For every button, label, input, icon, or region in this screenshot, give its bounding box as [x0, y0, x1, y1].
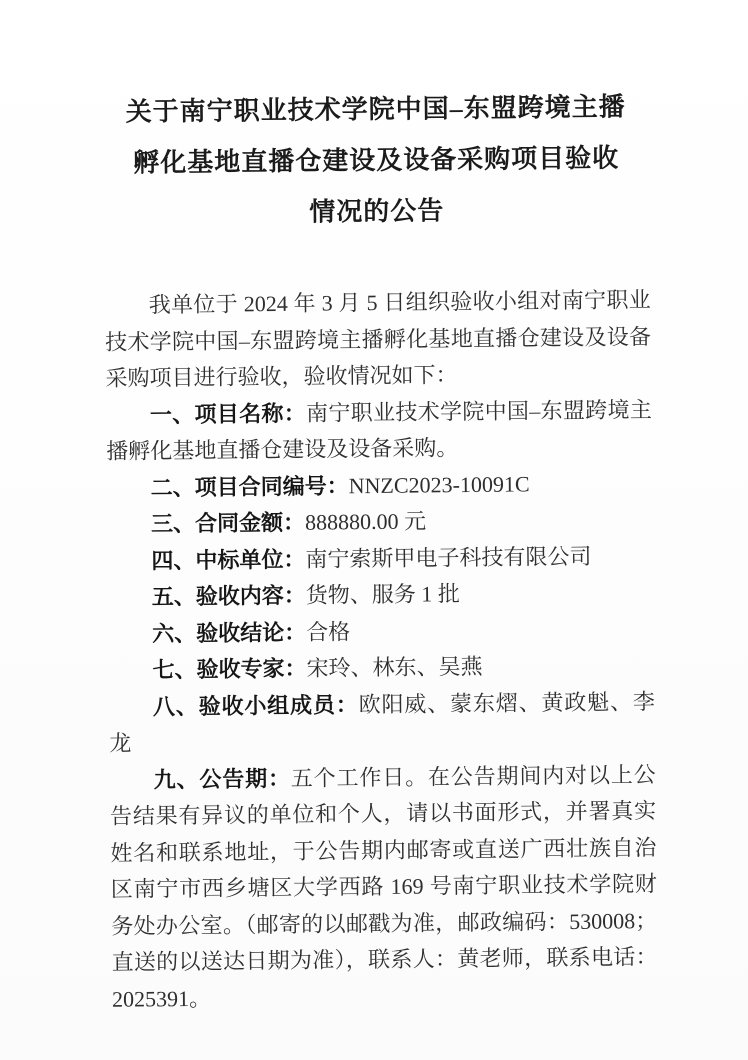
contract-number-value: NNZC2023-10091C	[349, 471, 530, 498]
item-contract-amount: 三、合同金额：888880.00 元	[107, 501, 653, 543]
title-line-3: 情况的公告	[309, 196, 444, 226]
winning-bidder-value: 南宁索斯甲电子科技有限公司	[305, 543, 591, 571]
contract-amount-value: 888880.00 元	[305, 508, 426, 534]
acceptance-content-value: 货物、服务 1 批	[306, 581, 460, 608]
item-winning-bidder: 四、中标单位：南宁索斯甲电子科技有限公司	[107, 538, 653, 580]
project-name-label: 一、项目名称：	[150, 400, 306, 427]
document-title: 关于南宁职业技术学院中国–东盟跨境主播 孵化基地直播仓建设及设备采购项目验收 情…	[102, 81, 650, 240]
item-acceptance-team: 八、验收小组成员：欧阳威、蒙东熠、黄政魁、李龙	[109, 684, 656, 763]
contract-amount-label: 三、合同金额：	[151, 510, 305, 537]
announcement-period-label: 九、公告期：	[154, 765, 291, 791]
intro-paragraph: 我单位于 2024 年 3 月 5 日组织验收小组对南宁职业技术学院中国–东盟跨…	[105, 282, 652, 397]
winning-bidder-label: 四、中标单位：	[151, 546, 305, 573]
announcement-page: 关于南宁职业技术学院中国–东盟跨境主播 孵化基地直播仓建设及设备采购项目验收 情…	[0, 0, 748, 1060]
contract-number-label: 二、项目合同编号：	[151, 473, 349, 500]
acceptance-content-label: 五、验收内容：	[152, 583, 306, 610]
title-line-2: 孵化基地直播仓建设及设备采购项目验收	[133, 143, 619, 177]
item-acceptance-experts: 七、验收专家：宋玲、林东、吴燕	[108, 647, 654, 689]
item-project-name: 一、项目名称：南宁职业技术学院中国–东盟跨境主播孵化基地直播仓建设及设备采购。	[106, 392, 653, 471]
acceptance-experts-value: 宋玲、林东、吴燕	[306, 654, 482, 681]
item-contract-number: 二、项目合同编号：NNZC2023-10091C	[106, 465, 652, 507]
title-line-1: 关于南宁职业技术学院中国–东盟跨境主播	[126, 92, 626, 126]
acceptance-team-label: 八、验收小组成员：	[153, 692, 359, 719]
acceptance-conclusion-label: 六、验收结论：	[152, 619, 306, 646]
item-announcement-period: 九、公告期：五个工作日。在公告期间内对以上公告结果有异议的单位和个人，请以书面形…	[110, 757, 659, 1018]
acceptance-conclusion-value: 合格	[306, 619, 350, 644]
item-acceptance-conclusion: 六、验收结论：合格	[108, 611, 654, 653]
acceptance-experts-label: 七、验收专家：	[152, 656, 306, 683]
announcement-period-value: 五个工作日。在公告期间内对以上公告结果有异议的单位和个人，请以书面形式，并署真实…	[110, 762, 658, 1012]
item-acceptance-content: 五、验收内容：货物、服务 1 批	[108, 574, 654, 616]
document-body: 我单位于 2024 年 3 月 5 日组织验收小组对南宁职业技术学院中国–东盟跨…	[105, 282, 659, 1018]
